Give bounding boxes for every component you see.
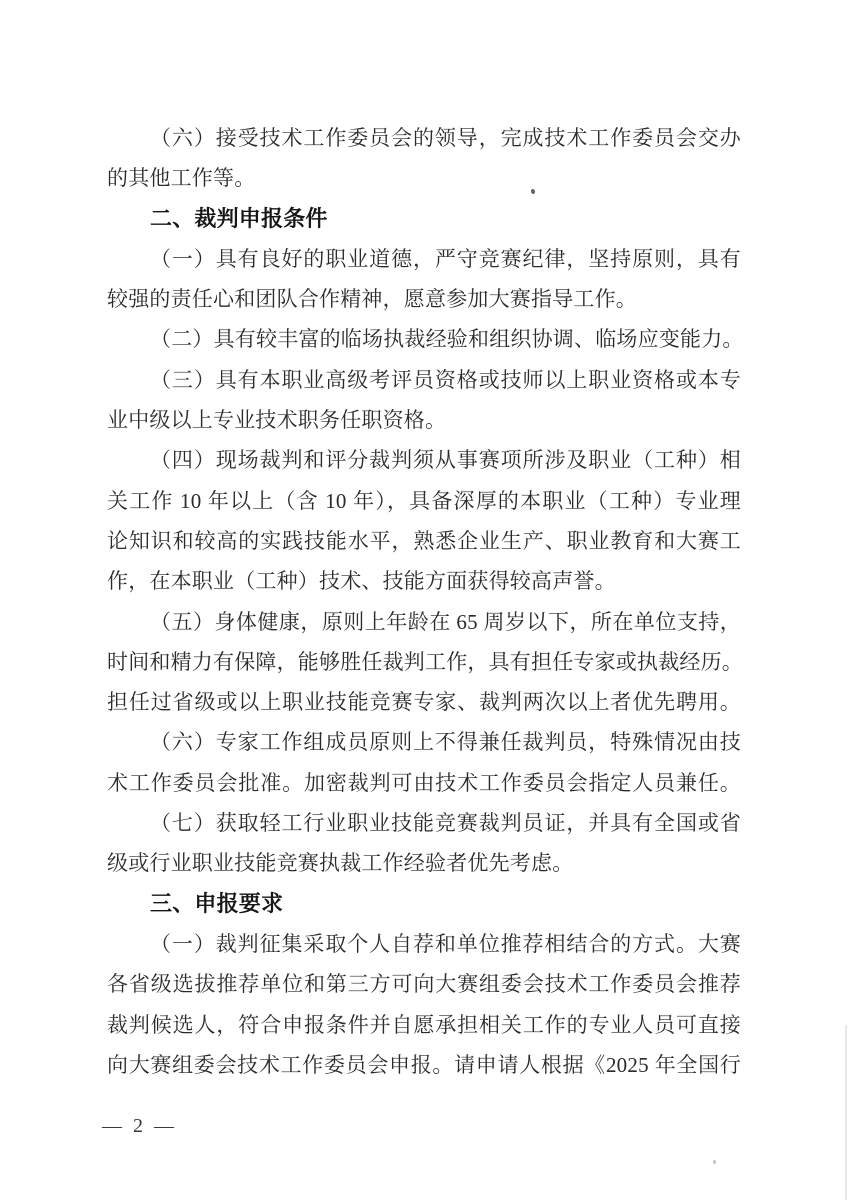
text-line: 裁判候选人，符合申报条件并自愿承担相关工作的专业人员可直接 <box>107 1005 741 1045</box>
text-line: 担任过省级或以上职业技能竞赛专家、裁判两次以上者优先聘用。 <box>107 682 741 722</box>
document-body: （六）接受技术工作委员会的领导，完成技术工作委员会交办的其他工作等。二、裁判申报… <box>107 118 741 1085</box>
text-line: 时间和精力有保障，能够胜任裁判工作，具有担任专家或执裁经历。 <box>107 642 741 682</box>
text-line: （一）具有良好的职业道德，严守竞赛纪律，坚持原则，具有 <box>107 239 741 279</box>
text-line: 级或行业职业技能竞赛执裁工作经验者优先考虑。 <box>107 843 741 883</box>
text-line: 向大赛组委会技术工作委员会申报。请申请人根据《2025 年全国行 <box>107 1045 741 1085</box>
text-line: （六）接受技术工作委员会的领导，完成技术工作委员会交办 <box>107 118 741 158</box>
text-line: 的其他工作等。 <box>107 158 741 198</box>
scan-artifact-dot <box>531 189 535 194</box>
text-line: （七）获取轻工行业职业技能竞赛裁判员证，并具有全国或省 <box>107 803 741 843</box>
text-line: （二）具有较丰富的临场执裁经验和组织协调、临场应变能力。 <box>107 319 741 359</box>
text-line: 术工作委员会批准。加密裁判可由技术工作委员会指定人员兼任。 <box>107 763 741 803</box>
scan-artifact-speck <box>713 1160 716 1164</box>
text-line: （一）裁判征集采取个人自荐和单位推荐相结合的方式。大赛 <box>107 924 741 964</box>
text-line: 三、申报要求 <box>107 884 741 924</box>
text-line: （四）现场裁判和评分裁判须从事赛项所涉及职业（工种）相 <box>107 440 741 480</box>
text-line: 较强的责任心和团队合作精神，愿意参加大赛指导工作。 <box>107 279 741 319</box>
text-line: （三）具有本职业高级考评员资格或技师以上职业资格或本专 <box>107 360 741 400</box>
text-line: 论知识和较高的实践技能水平，熟悉企业生产、职业教育和大赛工 <box>107 521 741 561</box>
text-line: 关工作 10 年以上（含 10 年），具备深厚的本职业（工种）专业理 <box>107 481 741 521</box>
document-page: （六）接受技术工作委员会的领导，完成技术工作委员会交办的其他工作等。二、裁判申报… <box>0 0 848 1200</box>
text-line: （六）专家工作组成员原则上不得兼任裁判员，特殊情况由技 <box>107 722 741 762</box>
text-line: 业中级以上专业技术职务任职资格。 <box>107 400 741 440</box>
scan-edge-shadow <box>845 1025 847 1200</box>
text-line: 二、裁判申报条件 <box>107 199 741 239</box>
text-line: （五）身体健康，原则上年龄在 65 周岁以下，所在单位支持， <box>107 602 741 642</box>
text-line: 作，在本职业（工种）技术、技能方面获得较高声誉。 <box>107 561 741 601</box>
text-line: 各省级选拔推荐单位和第三方可向大赛组委会技术工作委员会推荐 <box>107 964 741 1004</box>
page-number: — 2 — <box>102 1112 177 1140</box>
